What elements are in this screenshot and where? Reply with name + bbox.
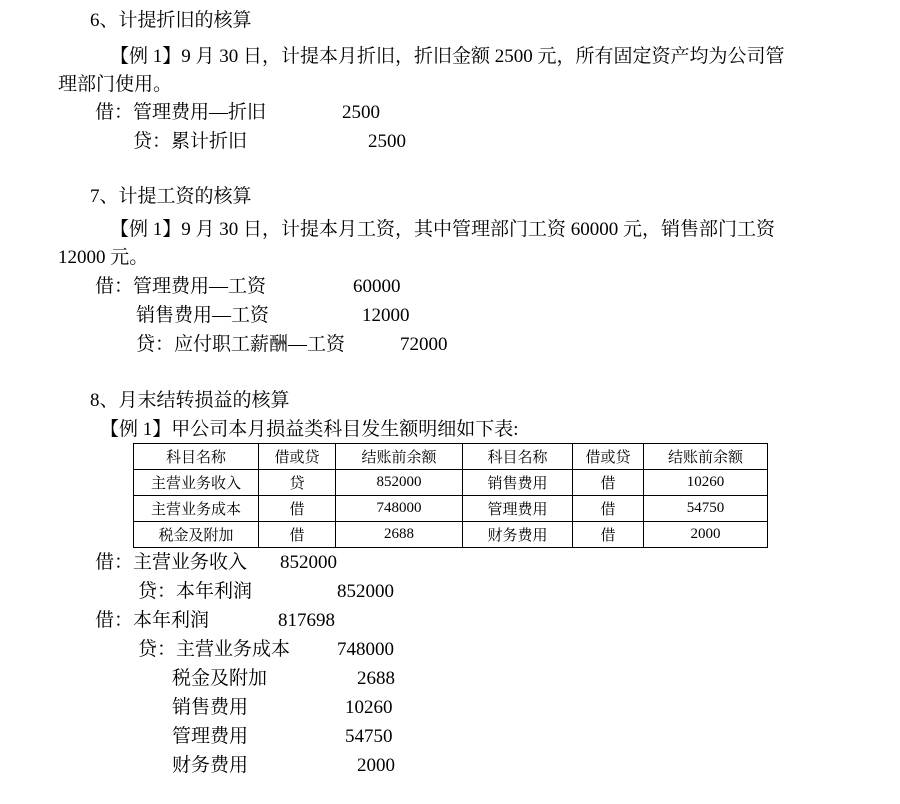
account-label: 销售费用—工资 <box>136 302 269 330</box>
journal-line-credit: 贷：累计折旧 2500 <box>0 128 900 156</box>
section-7-paragraph-line-2: 12000 元。 <box>0 244 900 272</box>
account-label: 贷：应付职工薪酬—工资 <box>136 331 345 359</box>
heading-text: 6、计提折旧的核算 <box>90 7 252 35</box>
amount-value: 852000 <box>337 578 394 606</box>
table-cell: 主营业务收入 <box>134 470 259 496</box>
table-row: 主营业务成本 借 748000 管理费用 借 54750 <box>134 496 768 522</box>
account-label: 借：管理费用—工资 <box>95 273 266 301</box>
account-label: 贷：本年利润 <box>138 578 252 606</box>
paragraph-text: 【例 1】9 月 30 日，计提本月工资，其中管理部门工资 60000 元，销售… <box>110 216 775 244</box>
table-cell: 主营业务成本 <box>134 496 259 522</box>
table-cell: 借 <box>573 522 644 548</box>
table-header-cell: 结账前余额 <box>336 444 463 470</box>
amount-value: 2500 <box>368 128 406 156</box>
table-cell: 贷 <box>259 470 336 496</box>
section-8-paragraph-line-1: 【例 1】甲公司本月损益类科目发生额明细如下表: <box>0 416 900 444</box>
paragraph-text: 理部门使用。 <box>58 71 172 99</box>
table-cell: 借 <box>259 522 336 548</box>
table-cell: 借 <box>573 496 644 522</box>
ledger-table: 科目名称 借或贷 结账前余额 科目名称 借或贷 结账前余额 主营业务收入 贷 8… <box>133 443 768 548</box>
amount-value: 10260 <box>345 694 393 722</box>
section-6-paragraph-line-1: 【例 1】9 月 30 日，计提本月折旧，折旧金额 2500 元，所有固定资产均… <box>0 43 900 71</box>
table-cell: 2688 <box>336 522 463 548</box>
table-header-cell: 科目名称 <box>134 444 259 470</box>
table-cell: 借 <box>259 496 336 522</box>
table-cell: 财务费用 <box>463 522 573 548</box>
table-row: 税金及附加 借 2688 财务费用 借 2000 <box>134 522 768 548</box>
journal-line-debit: 借：本年利润 817698 <box>0 607 900 635</box>
account-label: 借：本年利润 <box>95 607 209 635</box>
paragraph-text: 12000 元。 <box>58 244 148 272</box>
table-header-cell: 借或贷 <box>573 444 644 470</box>
amount-value: 72000 <box>400 331 448 359</box>
table-cell: 54750 <box>644 496 768 522</box>
heading-text: 8、月末结转损益的核算 <box>90 387 290 415</box>
table-cell: 2000 <box>644 522 768 548</box>
account-label: 税金及附加 <box>172 665 267 693</box>
journal-line-credit: 贷：应付职工薪酬—工资 72000 <box>0 331 900 359</box>
account-label: 借：管理费用—折旧 <box>95 99 266 127</box>
journal-line-credit-item: 税金及附加 2688 <box>0 665 900 693</box>
journal-line-debit: 借：主营业务收入 852000 <box>0 549 900 577</box>
amount-value: 852000 <box>280 549 337 577</box>
journal-line-credit-item: 财务费用 2000 <box>0 752 900 780</box>
amount-value: 748000 <box>337 636 394 664</box>
journal-line-debit-2: 销售费用—工资 12000 <box>0 302 900 330</box>
journal-line-credit: 贷：本年利润 852000 <box>0 578 900 606</box>
table-cell: 852000 <box>336 470 463 496</box>
account-label: 贷：主营业务成本 <box>138 636 290 664</box>
table-header-cell: 结账前余额 <box>644 444 768 470</box>
amount-value: 12000 <box>362 302 410 330</box>
table-header-cell: 借或贷 <box>259 444 336 470</box>
table-header-cell: 科目名称 <box>463 444 573 470</box>
section-7-paragraph-line-1: 【例 1】9 月 30 日，计提本月工资，其中管理部门工资 60000 元，销售… <box>0 216 900 244</box>
journal-line-credit: 贷：主营业务成本 748000 <box>0 636 900 664</box>
table-cell: 管理费用 <box>463 496 573 522</box>
paragraph-text: 【例 1】甲公司本月损益类科目发生额明细如下表: <box>100 416 519 444</box>
amount-value: 2688 <box>357 665 395 693</box>
table-cell: 748000 <box>336 496 463 522</box>
amount-value: 817698 <box>278 607 335 635</box>
section-6-heading: 6、计提折旧的核算 <box>0 7 900 35</box>
amount-value: 60000 <box>353 273 401 301</box>
account-label: 销售费用 <box>172 694 248 722</box>
account-label: 财务费用 <box>172 752 248 780</box>
account-label: 借：主营业务收入 <box>95 549 247 577</box>
table-cell: 税金及附加 <box>134 522 259 548</box>
table-row: 主营业务收入 贷 852000 销售费用 借 10260 <box>134 470 768 496</box>
table-cell: 10260 <box>644 470 768 496</box>
document-page: 6、计提折旧的核算 【例 1】9 月 30 日，计提本月折旧，折旧金额 2500… <box>0 0 900 804</box>
amount-value: 54750 <box>345 723 393 751</box>
table-header-row: 科目名称 借或贷 结账前余额 科目名称 借或贷 结账前余额 <box>134 444 768 470</box>
amount-value: 2500 <box>342 99 380 127</box>
journal-line-credit-item: 销售费用 10260 <box>0 694 900 722</box>
journal-line-debit: 借：管理费用—工资 60000 <box>0 273 900 301</box>
paragraph-text: 【例 1】9 月 30 日，计提本月折旧，折旧金额 2500 元，所有固定资产均… <box>110 43 785 71</box>
table-cell: 销售费用 <box>463 470 573 496</box>
heading-text: 7、计提工资的核算 <box>90 183 252 211</box>
section-6-paragraph-line-2: 理部门使用。 <box>0 71 900 99</box>
journal-line-debit: 借：管理费用—折旧 2500 <box>0 99 900 127</box>
account-label: 管理费用 <box>172 723 248 751</box>
table-cell: 借 <box>573 470 644 496</box>
journal-line-credit-item: 管理费用 54750 <box>0 723 900 751</box>
section-8-heading: 8、月末结转损益的核算 <box>0 387 900 415</box>
section-7-heading: 7、计提工资的核算 <box>0 183 900 211</box>
account-label: 贷：累计折旧 <box>133 128 247 156</box>
amount-value: 2000 <box>357 752 395 780</box>
